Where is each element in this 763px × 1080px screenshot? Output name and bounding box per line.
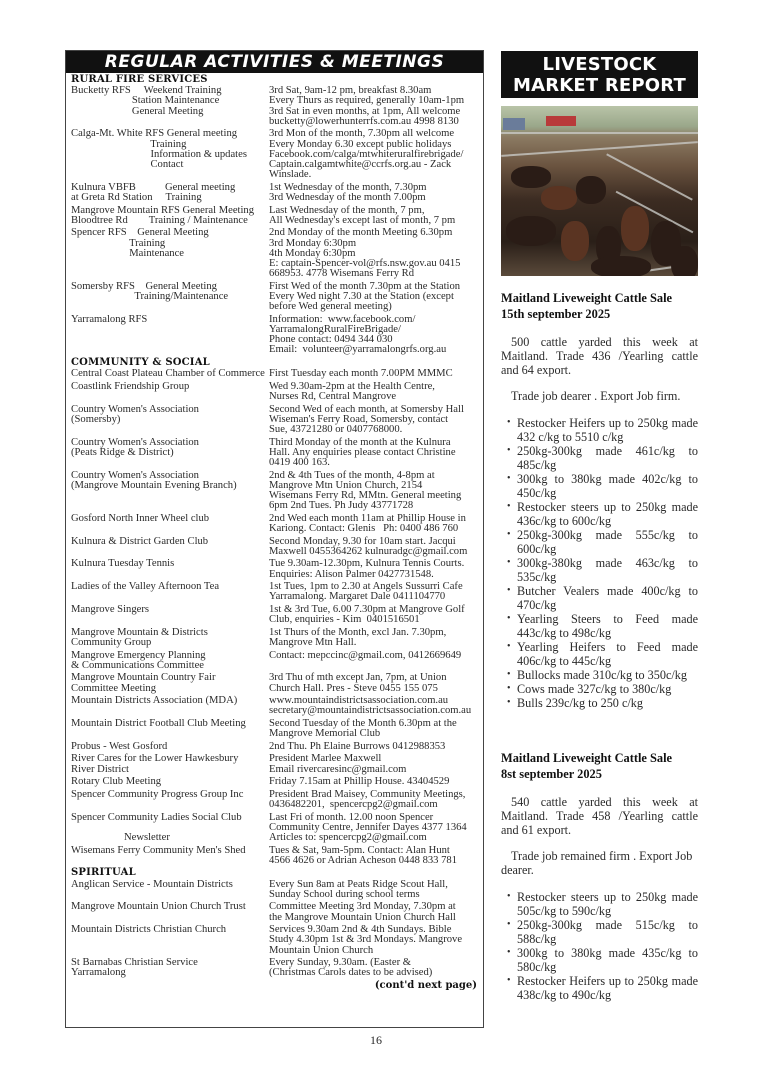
activity-organisation: Country Women's Association (Peats Ridge… (71, 438, 269, 469)
market-report-title: LIVESTOCK MARKET REPORT (501, 51, 698, 98)
activity-details: First Tuesday each month 7.00PM MMMC (269, 369, 479, 379)
activity-row: Rotary Club MeetingFriday 7.15am at Phil… (71, 777, 479, 787)
activity-row: Probus - West Gosford2nd Thu. Ph Elaine … (71, 742, 479, 752)
activity-organisation: Country Women's Association (Somersby) (71, 405, 269, 436)
sale-heading: Maitland Liveweight Cattle Sale15th sept… (501, 290, 698, 322)
activity-organisation: Spencer Community Progress Group Inc (71, 790, 269, 810)
activity-details: 2nd Wed each month 11am at Phillip House… (269, 514, 479, 534)
activity-row: Kulnura & District Garden ClubSecond Mon… (71, 537, 479, 557)
activity-organisation: Kulnura & District Garden Club (71, 537, 269, 557)
activity-row: Coastlink Friendship GroupWed 9.30am-2pm… (71, 382, 479, 402)
activity-details: Last Fri of month. 12.00 noon Spencer Co… (269, 813, 479, 844)
activity-organisation: Mountain Districts Association (MDA) (71, 696, 269, 716)
activity-organisation: St Barnabas Christian Service Yarramalon… (71, 958, 269, 978)
activity-details: Information: www.facebook.com/ Yarramalo… (269, 315, 479, 356)
activity-details: 1st & 3rd Tue, 6.00 7.30pm at Mangrove G… (269, 605, 479, 625)
activity-organisation: Probus - West Gosford (71, 742, 269, 752)
price-item: Bulls 239c/kg to 250 c/kg (511, 696, 698, 710)
section-heading: SPIRITUAL (71, 868, 479, 878)
activity-details: Tues & Sat, 9am-5pm. Contact: Alan Hunt … (269, 846, 479, 866)
activity-details: Wed 9.30am-2pm at the Health Centre, Nur… (269, 382, 479, 402)
section-heading: COMMUNITY & SOCIAL (71, 358, 479, 368)
sale-summary: 540 cattle yarded this week at Maitland.… (501, 795, 698, 837)
regular-activities-box: REGULAR ACTIVITIES & MEETINGS RURAL FIRE… (65, 50, 484, 1028)
activity-details: Third Monday of the month at the Kulnura… (269, 438, 479, 469)
activity-details: Committee Meeting 3rd Monday, 7.30pm at … (269, 902, 479, 922)
activity-details: 3rd Mon of the month, 7.30pm all welcome… (269, 129, 479, 180)
activities-title: REGULAR ACTIVITIES & MEETINGS (66, 51, 483, 73)
price-item: Restocker Heifers up to 250kg made 438c/… (511, 974, 698, 1002)
sale-trend: Trade job dearer . Export Job firm. (501, 389, 698, 403)
sale-heading: Maitland Liveweight Cattle Sale8st septe… (501, 750, 698, 782)
price-item: 300kg to 380kg made 435c/kg to 580c/kg (511, 946, 698, 974)
activity-organisation: Ladies of the Valley Afternoon Tea (71, 582, 269, 602)
price-item: 300kg-380kg made 463c/kg to 535c/kg (511, 556, 698, 584)
activity-row: Gosford North Inner Wheel club2nd Wed ea… (71, 514, 479, 534)
activity-organisation: River Cares for the Lower Hawkesbury Riv… (71, 754, 269, 774)
activity-details: Friday 7.15am at Phillip House. 43404529 (269, 777, 479, 787)
page-number: 16 (370, 1033, 382, 1048)
activity-row: Anglican Service - Mountain DistrictsEve… (71, 880, 479, 900)
activity-details: Contact: mepccinc@gmail.com, 0412669649 (269, 651, 479, 671)
activity-organisation: Mangrove Singers (71, 605, 269, 625)
activity-organisation: Yarramalong RFS (71, 315, 269, 356)
activity-organisation: Mountain District Football Club Meeting (71, 719, 269, 739)
sale-date: 15th september 2025 (501, 306, 698, 322)
activity-details: 1st Wednesday of the month, 7.30pm 3rd W… (269, 183, 479, 203)
sale-report: Maitland Liveweight Cattle Sale15th sept… (501, 290, 698, 710)
activity-details: Second Monday, 9.30 for 10am start. Jacq… (269, 537, 479, 557)
price-item: Restocker steers up to 250kg made 436c/k… (511, 500, 698, 528)
activity-row: Mountain District Football Club MeetingS… (71, 719, 479, 739)
price-item: Yearling Steers to Feed made 443c/kg to … (511, 612, 698, 640)
activity-organisation: Calga-Mt. White RFS General meeting Trai… (71, 129, 269, 180)
activity-details: Services 9.30am 2nd & 4th Sundays. Bible… (269, 925, 479, 956)
activity-row: Bucketty RFS Weekend Training Station Ma… (71, 86, 479, 127)
section-heading: RURAL FIRE SERVICES (71, 75, 479, 85)
price-item: 250kg-300kg made 461c/kg to 485c/kg (511, 444, 698, 472)
activity-details: 2nd & 4th Tues of the month, 4-8pm at Ma… (269, 471, 479, 512)
price-list: Restocker Heifers up to 250kg made 432 c… (501, 416, 698, 710)
activities-list: RURAL FIRE SERVICESBucketty RFS Weekend … (66, 73, 483, 991)
sale-title: Maitland Liveweight Cattle Sale (501, 750, 698, 766)
activity-details: 3rd Sat, 9am-12 pm, breakfast 8.30am Eve… (269, 86, 479, 127)
activity-organisation: Somersby RFS General Meeting Training/Ma… (71, 282, 269, 313)
cattle-photo (501, 106, 698, 276)
activity-organisation: Coastlink Friendship Group (71, 382, 269, 402)
price-item: Cows made 327c/kg to 380c/kg (511, 682, 698, 696)
activity-row: Mangrove Mountain Union Church TrustComm… (71, 902, 479, 922)
activity-organisation: Mountain Districts Christian Church (71, 925, 269, 956)
price-item: Restocker Heifers up to 250kg made 432 c… (511, 416, 698, 444)
continued-note: (cont'd next page) (71, 981, 479, 991)
activity-row: Calga-Mt. White RFS General meeting Trai… (71, 129, 479, 180)
activity-row: Central Coast Plateau Chamber of Commerc… (71, 369, 479, 379)
activity-organisation: Mangrove Mountain Country Fair Committee… (71, 673, 269, 693)
activity-organisation: Kulnura Tuesday Tennis (71, 559, 269, 579)
activity-row: Spencer Community Ladies Social Club New… (71, 813, 479, 844)
activity-organisation: Mangrove Mountain RFS General Meeting Bl… (71, 206, 269, 226)
activity-details: www.mountaindistrictsassociation.com.au … (269, 696, 479, 716)
price-item: 250kg-300kg made 555c/kg to 600c/kg (511, 528, 698, 556)
activity-row: Mangrove Emergency Planning & Communicat… (71, 651, 479, 671)
activity-organisation: Central Coast Plateau Chamber of Commerc… (71, 369, 269, 379)
activity-organisation: Rotary Club Meeting (71, 777, 269, 787)
market-title-line2: MARKET REPORT (501, 75, 698, 96)
price-list: Restocker steers up to 250kg made 505c/k… (501, 890, 698, 1002)
activity-row: Spencer Community Progress Group IncPres… (71, 790, 479, 810)
price-item: Restocker steers up to 250kg made 505c/k… (511, 890, 698, 918)
activity-row: Yarramalong RFSInformation: www.facebook… (71, 315, 479, 356)
activity-details: 1st Tues, 1pm to 2.30 at Angels Sussurri… (269, 582, 479, 602)
sale-title: Maitland Liveweight Cattle Sale (501, 290, 698, 306)
activity-details: Every Sunday, 9.30am. (Easter & (Christm… (269, 958, 479, 978)
activity-details: Second Wed of each month, at Somersby Ha… (269, 405, 479, 436)
activity-organisation: Wisemans Ferry Community Men's Shed (71, 846, 269, 866)
activity-details: 1st Thurs of the Month, excl Jan. 7.30pm… (269, 628, 479, 648)
activity-organisation: Gosford North Inner Wheel club (71, 514, 269, 534)
activity-details: Every Sun 8am at Peats Ridge Scout Hall,… (269, 880, 479, 900)
activity-details: President Marlee Maxwell Email rivercare… (269, 754, 479, 774)
activity-organisation: Anglican Service - Mountain Districts (71, 880, 269, 900)
activity-organisation: Country Women's Association (Mangrove Mo… (71, 471, 269, 512)
price-item: 300kg to 380kg made 402c/kg to 450c/kg (511, 472, 698, 500)
activity-details: Second Tuesday of the Month 6.30pm at th… (269, 719, 479, 739)
activity-row: Kulnura VBFB General meeting at Greta Rd… (71, 183, 479, 203)
activity-row: Mountain Districts Christian ChurchServi… (71, 925, 479, 956)
activity-details: Tue 9.30am-12.30pm, Kulnura Tennis Court… (269, 559, 479, 579)
activity-details: 3rd Thu of mth except Jan, 7pm, at Union… (269, 673, 479, 693)
activity-organisation: Kulnura VBFB General meeting at Greta Rd… (71, 183, 269, 203)
activity-row: Spencer RFS General Meeting Training Mai… (71, 228, 479, 279)
activity-details: 2nd Thu. Ph Elaine Burrows 0412988353 (269, 742, 479, 752)
activity-row: Somersby RFS General Meeting Training/Ma… (71, 282, 479, 313)
activity-details: President Brad Maisey, Community Meeting… (269, 790, 479, 810)
activity-details: 2nd Monday of the month Meeting 6.30pm 3… (269, 228, 479, 279)
activity-row: Country Women's Association (Somersby)Se… (71, 405, 479, 436)
market-title-line1: LIVESTOCK (501, 54, 698, 75)
sale-date: 8st september 2025 (501, 766, 698, 782)
activity-organisation: Mangrove Mountain Union Church Trust (71, 902, 269, 922)
activity-row: Mangrove Mountain Country Fair Committee… (71, 673, 479, 693)
activity-row: Mountain Districts Association (MDA)www.… (71, 696, 479, 716)
activity-row: Country Women's Association (Peats Ridge… (71, 438, 479, 469)
activity-row: Mangrove Singers1st & 3rd Tue, 6.00 7.30… (71, 605, 479, 625)
activity-row: Mangrove Mountain RFS General Meeting Bl… (71, 206, 479, 226)
sale-trend: Trade job remained firm . Export Job dea… (501, 849, 698, 877)
activity-organisation: Mangrove Emergency Planning & Communicat… (71, 651, 269, 671)
livestock-market-report: LIVESTOCK MARKET REPORT Maitland Livewei… (501, 51, 698, 1002)
activity-row: St Barnabas Christian Service Yarramalon… (71, 958, 479, 978)
activity-organisation: Spencer RFS General Meeting Training Mai… (71, 228, 269, 279)
activity-details: Last Wednesday of the month, 7 pm, All W… (269, 206, 479, 226)
price-item: Bullocks made 310c/kg to 350c/kg (511, 668, 698, 682)
activity-row: Ladies of the Valley Afternoon Tea1st Tu… (71, 582, 479, 602)
sale-summary: 500 cattle yarded this week at Maitland.… (501, 335, 698, 377)
activity-organisation: Bucketty RFS Weekend Training Station Ma… (71, 86, 269, 127)
price-item: Butcher Vealers made 400c/kg to 470c/kg (511, 584, 698, 612)
activity-row: Wisemans Ferry Community Men's ShedTues … (71, 846, 479, 866)
activity-organisation: Spencer Community Ladies Social Club New… (71, 813, 269, 844)
price-item: Yearling Heifers to Feed made 406c/kg to… (511, 640, 698, 668)
activity-row: River Cares for the Lower Hawkesbury Riv… (71, 754, 479, 774)
price-item: 250kg-300kg made 515c/kg to 588c/kg (511, 918, 698, 946)
activity-row: Mangrove Mountain & Districts Community … (71, 628, 479, 648)
activity-details: First Wed of the month 7.30pm at the Sta… (269, 282, 479, 313)
activity-row: Country Women's Association (Mangrove Mo… (71, 471, 479, 512)
market-sales: Maitland Liveweight Cattle Sale15th sept… (501, 290, 698, 1002)
sale-report: Maitland Liveweight Cattle Sale8st septe… (501, 750, 698, 1002)
activity-organisation: Mangrove Mountain & Districts Community … (71, 628, 269, 648)
activity-row: Kulnura Tuesday TennisTue 9.30am-12.30pm… (71, 559, 479, 579)
